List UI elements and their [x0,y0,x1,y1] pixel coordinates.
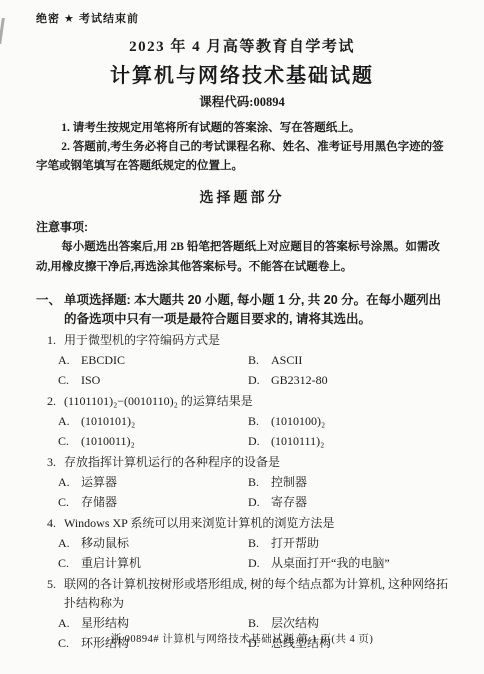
option-c: C.重启计算机 [58,553,248,573]
option-d: D.从桌面打开“我的电脑” [248,553,448,573]
option-grid: A.移动鼠标 B.打开帮助 C.重启计算机 D.从桌面打开“我的电脑” [36,533,448,573]
question-number: 4. [47,514,64,533]
scan-artifact [0,18,5,44]
option-label: A. [58,613,74,633]
part-heading-text: 单项选择题: 本大题共 20 小题, 每小题 1 分, 共 20 分。在每小题列… [64,291,448,329]
question-number: 3. [47,453,64,472]
option-a: A.EBCDIC [58,350,248,370]
question-list: 1. 用于微型机的字符编码方式是 A.EBCDIC B.ASCII C.ISO … [36,331,448,653]
option-b: B.打开帮助 [248,533,448,553]
part-number: 一、 [36,291,64,329]
question-number: 2. [47,392,64,411]
instruction-item-2: 2. 答题前,考生务必将自己的考试课程名称、姓名、准考证号用黑色字迹的签字笔或钢… [36,138,448,176]
option-label: B. [248,472,264,492]
option-label: A. [58,533,74,553]
option-label: B. [248,350,264,370]
option-text: 控制器 [271,475,307,489]
question-text: Windows XP 系统可以用来浏览计算机的浏览方法是 [64,514,448,533]
question-1: 1. 用于微型机的字符编码方式是 A.EBCDIC B.ASCII C.ISO … [36,331,448,390]
option-grid: A.(1010101)₂ B.(1010100)₂ C.(1010011)₂ D… [36,411,448,451]
option-text: ISO [81,373,100,387]
question-text: 联网的各计算机按树形或塔形组成, 树的每个结点都为计算机, 这种网络拓扑结构称为 [64,575,448,613]
question-number: 5. [47,575,64,613]
option-a: A.星形结构 [58,613,248,633]
question-stem: 2. (1101101)₂−(0010110)₂ 的运算结果是 [47,392,448,411]
option-label: D. [248,553,264,573]
question-3: 3. 存放指挥计算机运行的各种程序的设备是 A.运算器 B.控制器 C.存储器 … [36,453,448,512]
option-b: B.ASCII [248,350,448,370]
option-text: 寄存器 [271,495,307,509]
option-a: A.(1010101)₂ [58,411,248,431]
option-label: A. [58,350,74,370]
option-c: C.ISO [58,370,248,390]
option-text: ASCII [271,353,302,367]
option-grid: A.EBCDIC B.ASCII C.ISO D.GB2312-80 [36,350,448,390]
option-b: B.层次结构 [248,613,448,633]
option-text: 移动鼠标 [81,536,129,550]
option-label: D. [248,431,264,451]
option-label: A. [58,472,74,492]
option-text: (1010100)₂ [271,414,325,428]
option-b: B.控制器 [248,472,448,492]
question-stem: 3. 存放指挥计算机运行的各种程序的设备是 [47,453,448,472]
option-text: 重启计算机 [81,556,141,570]
question-text: (1101101)₂−(0010110)₂ 的运算结果是 [64,392,448,411]
option-label: C. [58,492,74,512]
option-d: D.(1010111)₂ [248,431,448,451]
option-d: D.寄存器 [248,492,448,512]
option-text: (1010111)₂ [271,434,324,448]
option-grid: A.运算器 B.控制器 C.存储器 D.寄存器 [36,472,448,512]
question-stem: 1. 用于微型机的字符编码方式是 [47,331,448,350]
option-label: C. [58,553,74,573]
option-b: B.(1010100)₂ [248,411,448,431]
page-footer: 浙 00894# 计算机与网络技术基础试题 第 1 页(共 4 页) [0,631,484,646]
option-text: GB2312-80 [271,373,328,387]
option-text: 从桌面打开“我的电脑” [271,556,390,570]
option-text: 星形结构 [81,616,129,630]
course-code: 课程代码:00894 [36,92,448,110]
option-text: 打开帮助 [271,536,319,550]
question-number: 1. [47,331,64,350]
option-text: 层次结构 [271,616,319,630]
option-label: C. [58,431,74,451]
part-one-heading: 一、 单项选择题: 本大题共 20 小题, 每小题 1 分, 共 20 分。在每… [36,291,448,329]
option-text: EBCDIC [81,353,125,367]
question-text: 用于微型机的字符编码方式是 [64,331,448,350]
exam-paper-page: 绝密 ★ 考试结束前 2023 年 4 月高等教育自学考试 计算机与网络技术基础… [0,0,484,674]
question-4: 4. Windows XP 系统可以用来浏览计算机的浏览方法是 A.移动鼠标 B… [36,514,448,573]
paper-title: 计算机与网络技术基础试题 [36,59,448,88]
option-label: B. [248,533,264,553]
option-label: D. [248,492,264,512]
question-stem: 4. Windows XP 系统可以用来浏览计算机的浏览方法是 [47,514,448,533]
option-c: C.(1010011)₂ [58,431,248,451]
option-label: D. [248,370,264,390]
question-2: 2. (1101101)₂−(0010110)₂ 的运算结果是 A.(10101… [36,392,448,451]
question-text: 存放指挥计算机运行的各种程序的设备是 [64,453,448,472]
option-a: A.运算器 [58,472,248,492]
notice-text: 每小题选出答案后,用 2B 铅笔把答题纸上对应题目的答案标号涂黑。如需改动,用橡… [36,237,448,277]
option-label: B. [248,411,264,431]
option-label: B. [248,613,264,633]
instruction-item-1: 1. 请考生按规定用笔将所有试题的答案涂、写在答题纸上。 [36,119,448,138]
option-text: 运算器 [81,475,117,489]
option-d: D.GB2312-80 [248,370,448,390]
notice-label: 注意事项: [36,218,448,235]
option-label: C. [58,370,74,390]
exam-instructions: 1. 请考生按规定用笔将所有试题的答案涂、写在答题纸上。 2. 答题前,考生务必… [36,119,448,176]
option-c: C.存储器 [58,492,248,512]
option-text: 存储器 [81,495,117,509]
exam-session-title: 2023 年 4 月高等教育自学考试 [36,35,448,56]
question-stem: 5. 联网的各计算机按树形或塔形组成, 树的每个结点都为计算机, 这种网络拓扑结… [47,575,448,613]
section-title: 选择题部分 [36,187,448,207]
option-text: (1010101)₂ [81,414,135,428]
classification-banner: 绝密 ★ 考试结束前 [36,10,448,26]
option-label: A. [58,411,74,431]
option-a: A.移动鼠标 [58,533,248,553]
option-text: (1010011)₂ [81,434,135,448]
